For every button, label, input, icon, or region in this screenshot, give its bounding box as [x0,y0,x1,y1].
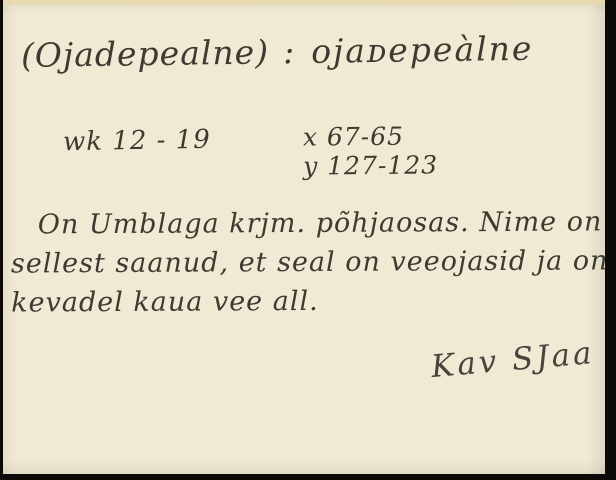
scanned-archive-card: { "card": { "name_original": "(Ojadepeal… [0,0,616,480]
place-name-original: (Ojadepealne) [21,32,270,74]
description-paragraph: On Umblaga krjm. põhjaosas. Nime on sell… [11,202,597,322]
coordinate-y: y 127-123 [303,150,438,180]
place-name-phonetic: ojaᴅepeàlne [311,29,534,71]
coordinates-block: x 67-65 y 127-123 [303,121,438,180]
description-line: sellest saanud, et seal on veeojasid ja … [11,241,596,283]
card-top-edge [3,0,605,5]
place-name-row: (Ojadepealne) : ojaᴅepeàlne [21,28,581,75]
description-line: On Umblaga krjm. põhjaosas. Nime on [11,202,596,244]
index-card: (Ojadepealne) : ojaᴅepeàlne wk 12 - 19 x… [3,0,605,474]
description-line: kevadel kaua vee all. [11,280,596,322]
name-separator: : [283,32,296,71]
collector-signature: Kav SJaa [430,335,596,385]
map-reference: wk 12 - 19 [63,125,211,158]
coordinate-x: x 67-65 [303,121,438,151]
